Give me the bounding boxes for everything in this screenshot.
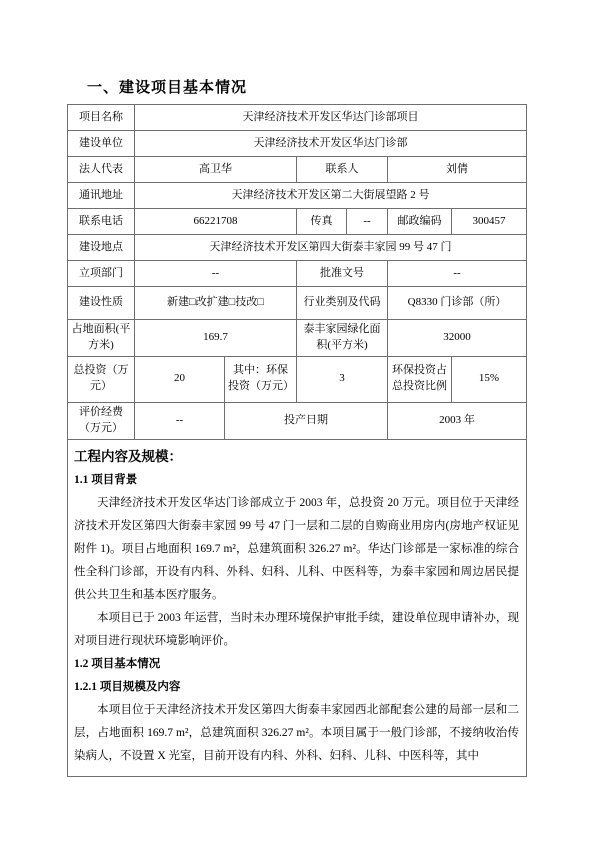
basic-info-table: 项目名称 天津经济技术开发区华达门诊部项目 建设单位 天津经济技术开发区华达门诊… bbox=[67, 104, 527, 440]
address-value: 天津经济技术开发区第二大街展望路 2 号 bbox=[135, 183, 527, 209]
address-label: 通讯地址 bbox=[68, 183, 135, 209]
subheading-1-2-1: 1.2.1 项目规模及内容 bbox=[74, 676, 519, 699]
construction-unit-value: 天津经济技术开发区华达门诊部 bbox=[135, 131, 527, 157]
env-investment-value: 3 bbox=[297, 356, 388, 402]
site-value: 天津经济技术开发区第四大街泰丰家园 99 号 47 门 bbox=[135, 235, 527, 261]
green-area-label: 泰丰家园绿化面积(平方米) bbox=[297, 320, 388, 357]
approval-no-label: 批准文号 bbox=[297, 261, 388, 287]
legal-rep-value: 高卫华 bbox=[135, 157, 297, 183]
document-page: 一、建设项目基本情况 项目名称 天津经济技术开发区华达门诊部项目 建设单位 天津… bbox=[0, 0, 595, 842]
paragraph-background: 天津经济技术开发区华达门诊部成立于 2003 年，总投资 20 万元。项目位于天… bbox=[74, 492, 519, 607]
phone-value: 66221708 bbox=[135, 209, 297, 235]
land-area-label: 占地面积(平方米) bbox=[68, 320, 135, 357]
approval-no-value: -- bbox=[388, 261, 527, 287]
subheading-1-1: 1.1 项目背景 bbox=[74, 469, 519, 492]
prod-date-value: 2003 年 bbox=[388, 402, 527, 439]
total-investment-value: 20 bbox=[135, 356, 225, 402]
row-investment: 总投资（万元） 20 其中：环保投资（万元） 3 环保投资占总投资比例 15% bbox=[68, 356, 527, 402]
industry-label: 行业类别及代码 bbox=[297, 287, 388, 320]
nature-value: 新建□改扩建□技改□ bbox=[135, 287, 297, 320]
project-content-section: 工程内容及规模： 1.1 项目背景 天津经济技术开发区华达门诊部成立于 2003… bbox=[67, 440, 527, 777]
site-label: 建设地点 bbox=[68, 235, 135, 261]
row-legal-rep: 法人代表 高卫华 联系人 刘倩 bbox=[68, 157, 527, 183]
green-area-value: 32000 bbox=[388, 320, 527, 357]
fax-value: -- bbox=[347, 209, 388, 235]
row-address: 通讯地址 天津经济技术开发区第二大街展望路 2 号 bbox=[68, 183, 527, 209]
fax-label: 传真 bbox=[297, 209, 347, 235]
eval-fee-value: -- bbox=[135, 402, 225, 439]
subheading-1-2: 1.2 项目基本情况 bbox=[74, 653, 519, 676]
project-name-label: 项目名称 bbox=[68, 105, 135, 131]
env-ratio-label: 环保投资占总投资比例 bbox=[388, 356, 452, 402]
project-dept-label: 立项部门 bbox=[68, 261, 135, 287]
section-title: 一、建设项目基本情况 bbox=[0, 0, 595, 104]
row-project-dept: 立项部门 -- 批准文号 -- bbox=[68, 261, 527, 287]
total-investment-label: 总投资（万元） bbox=[68, 356, 135, 402]
row-construction-unit: 建设单位 天津经济技术开发区华达门诊部 bbox=[68, 131, 527, 157]
construction-unit-label: 建设单位 bbox=[68, 131, 135, 157]
row-eval-fee: 评价经费（万元） -- 投产日期 2003 年 bbox=[68, 402, 527, 439]
row-nature: 建设性质 新建□改扩建□技改□ 行业类别及代码 Q8330 门诊部（所） bbox=[68, 287, 527, 320]
env-investment-label: 其中：环保投资（万元） bbox=[225, 356, 297, 402]
eval-fee-label: 评价经费（万元） bbox=[68, 402, 135, 439]
content-heading: 工程内容及规模： bbox=[74, 446, 519, 468]
row-phone: 联系电话 66221708 传真 -- 邮政编码 300457 bbox=[68, 209, 527, 235]
industry-value: Q8330 门诊部（所） bbox=[388, 287, 527, 320]
legal-rep-label: 法人代表 bbox=[68, 157, 135, 183]
paragraph-scale: 本项目位于天津经济技术开发区第四大街泰丰家园西北部配套公建的局部一层和二层，占地… bbox=[74, 699, 519, 768]
land-area-value: 169.7 bbox=[135, 320, 297, 357]
contact-label: 联系人 bbox=[297, 157, 388, 183]
project-dept-value: -- bbox=[135, 261, 297, 287]
zip-value: 300457 bbox=[452, 209, 527, 235]
phone-label: 联系电话 bbox=[68, 209, 135, 235]
project-name-value: 天津经济技术开发区华达门诊部项目 bbox=[135, 105, 527, 131]
prod-date-label: 投产日期 bbox=[225, 402, 388, 439]
nature-label: 建设性质 bbox=[68, 287, 135, 320]
paragraph-operation-status: 本项目已于 2003 年运营，当时未办理环境保护审批手续，建设单位现申请补办，现… bbox=[74, 607, 519, 653]
contact-value: 刘倩 bbox=[388, 157, 527, 183]
zip-label: 邮政编码 bbox=[388, 209, 452, 235]
row-project-name: 项目名称 天津经济技术开发区华达门诊部项目 bbox=[68, 105, 527, 131]
row-land-area: 占地面积(平方米) 169.7 泰丰家园绿化面积(平方米) 32000 bbox=[68, 320, 527, 357]
env-ratio-value: 15% bbox=[452, 356, 527, 402]
row-site: 建设地点 天津经济技术开发区第四大街泰丰家园 99 号 47 门 bbox=[68, 235, 527, 261]
